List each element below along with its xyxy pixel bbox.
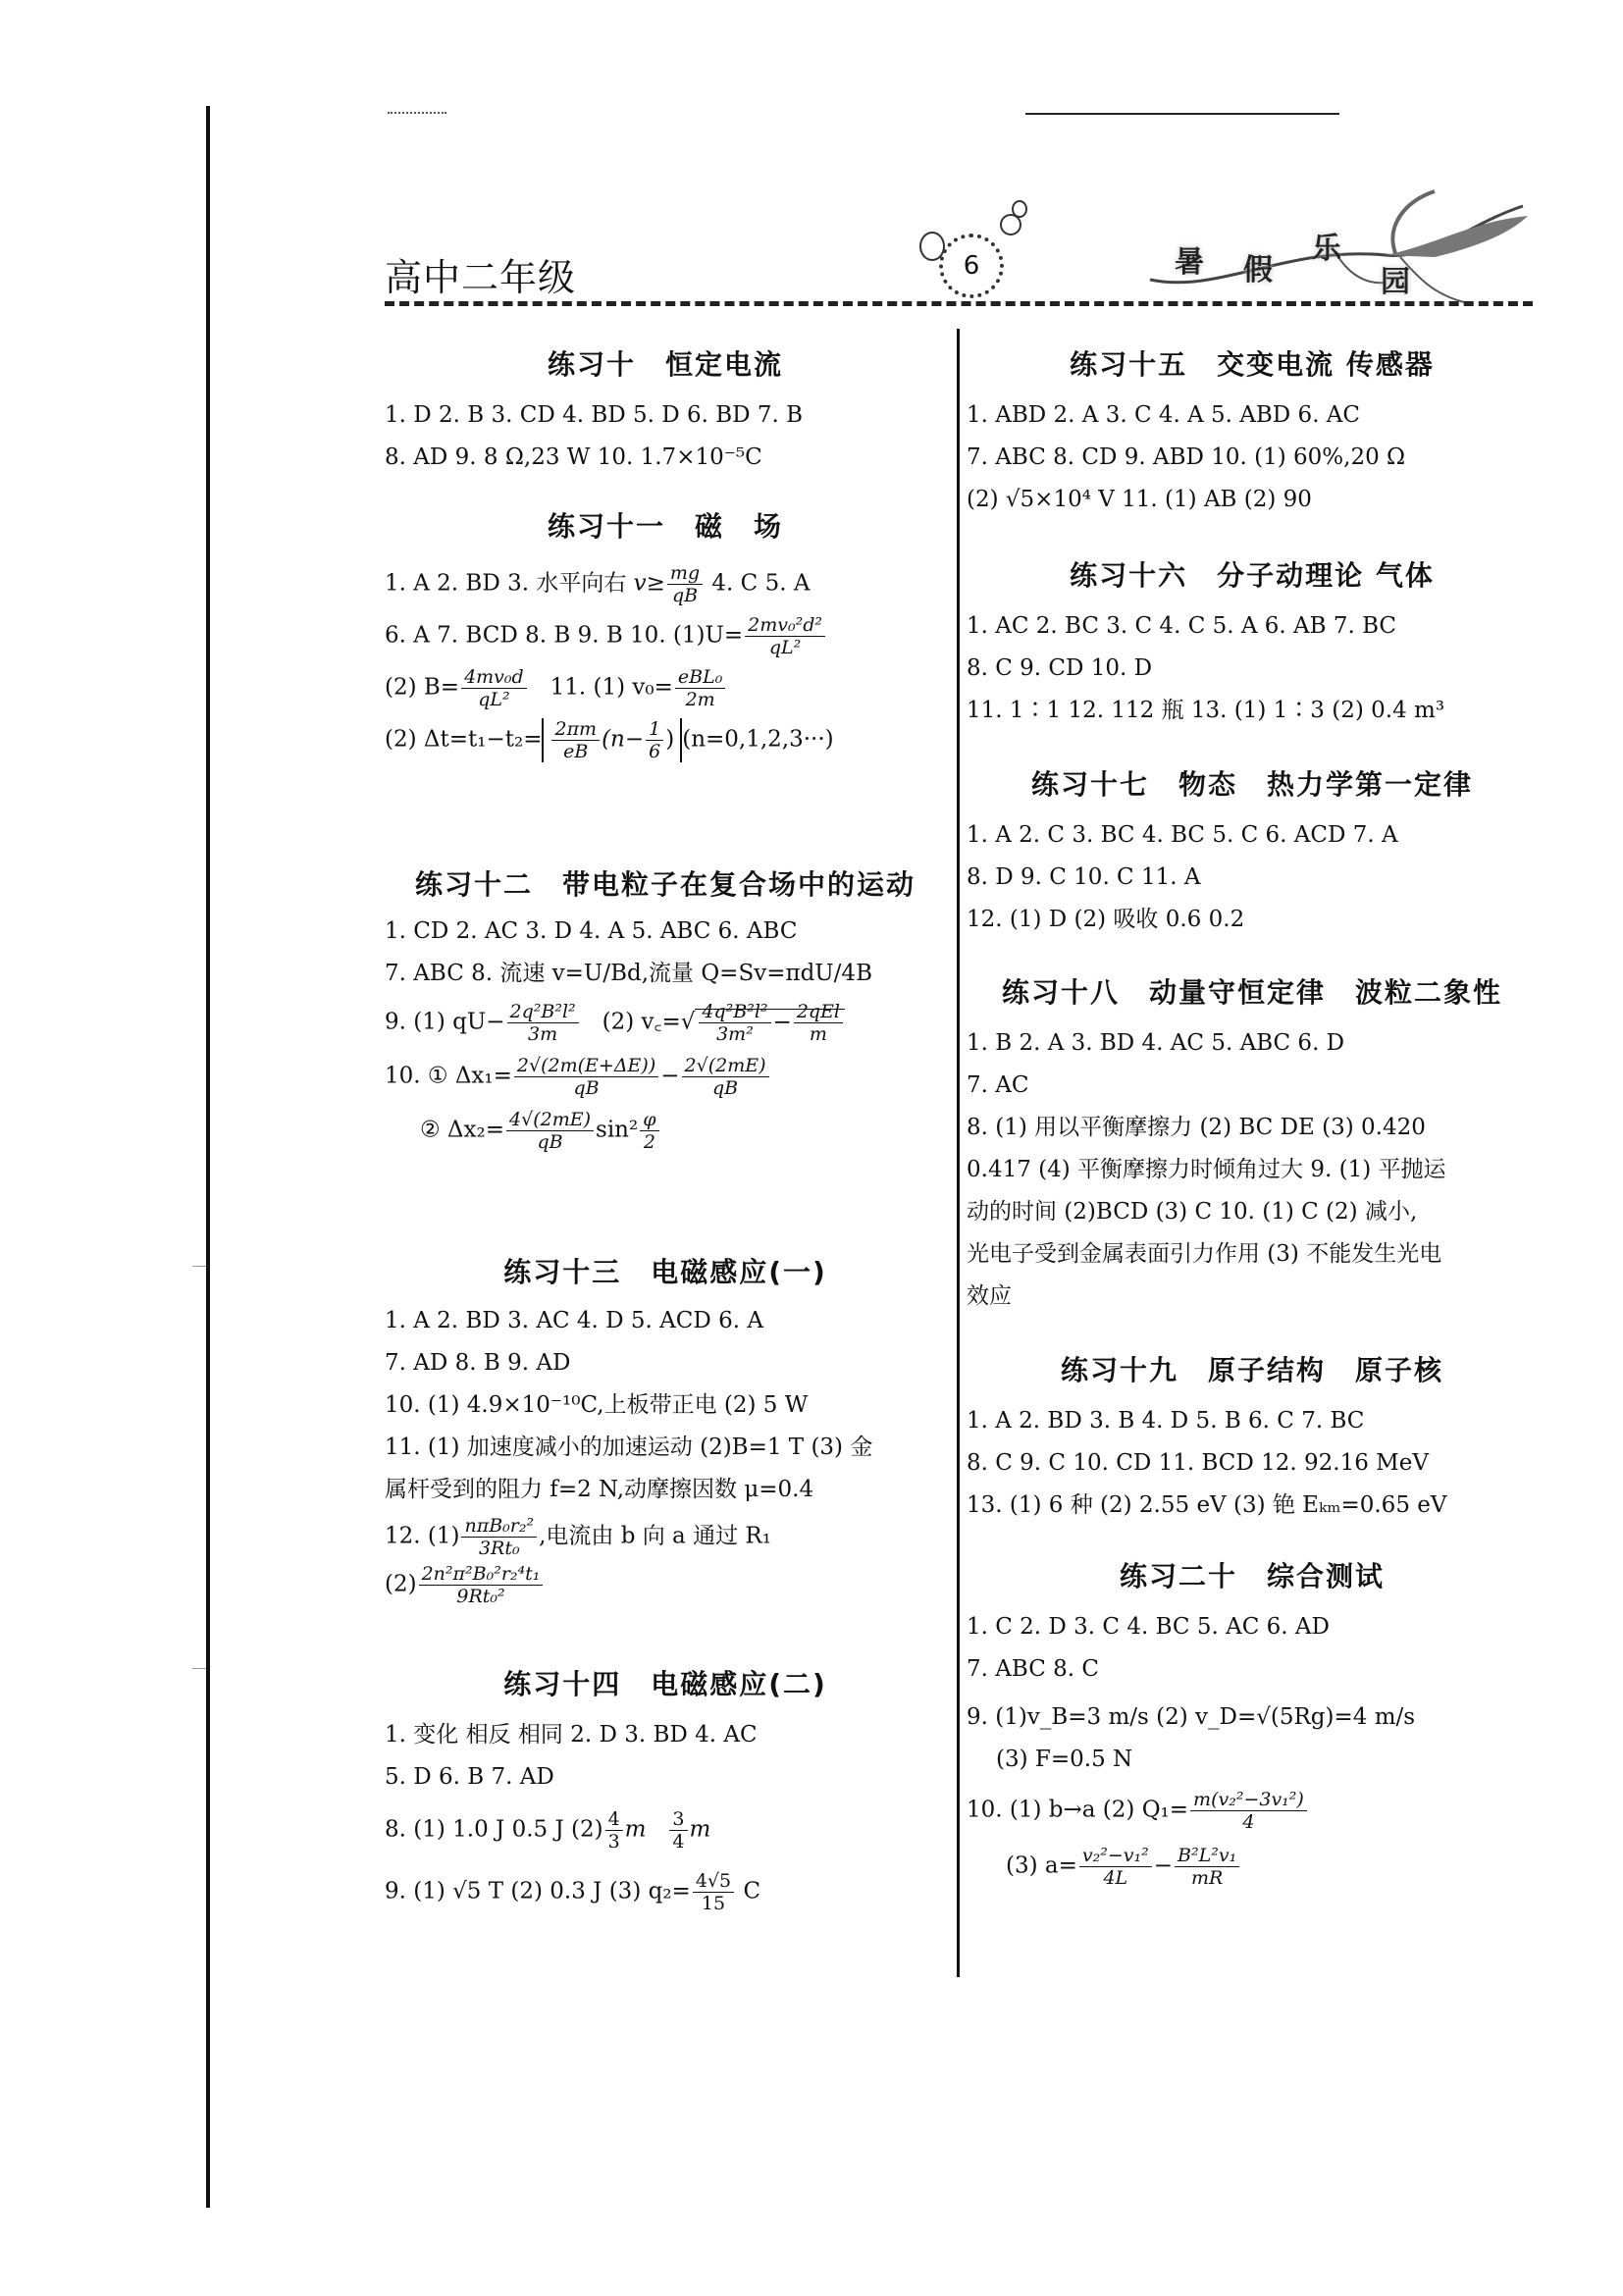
answer-text: (2) B= <box>385 675 459 701</box>
section-title: 练习十一 磁 场 <box>385 505 946 545</box>
fraction: φ2 <box>640 1109 658 1153</box>
numerator: B²L²v₁ <box>1175 1845 1239 1867</box>
answer-text: 9. (1) √5 T (2) 0.3 J (3) q₂= <box>385 1879 691 1905</box>
answer-text: (2) <box>385 1572 417 1597</box>
summer-holiday-logo: 暑 假 乐 园 <box>1140 186 1533 304</box>
answer-line: 8. (1) 1.0 J 0.5 J (2)43m 34m <box>385 1808 946 1852</box>
numerator: 4mv₀d <box>461 666 527 689</box>
fraction: 4q²B²l²3m² <box>699 1001 770 1045</box>
section-title: 练习十三 电磁感应(一) <box>385 1251 946 1290</box>
answer-line: 11. (1) 加速度减小的加速运动 (2)B=1 T (3) 金 <box>385 1427 946 1469</box>
answer-line: 1. A 2. C 3. BC 4. BC 5. C 6. ACD 7. A <box>967 814 1538 857</box>
page-number-badge: 6 <box>919 214 1037 302</box>
grade-title: 高中二年级 <box>385 247 576 301</box>
answer-line: 10. (1) b→a (2) Q₁=m(v₂²−3v₁²)4 <box>967 1789 1538 1833</box>
denominator: qB <box>709 1077 741 1099</box>
denominator: m <box>807 1023 830 1045</box>
fraction: 43 <box>605 1808 623 1852</box>
denominator: 4 <box>669 1831 687 1852</box>
page-number: 6 <box>939 234 1004 298</box>
answer-line: (2) Δt=t₁−t₂=2πmeB(n−16)(n=0,1,2,3···) <box>385 718 946 762</box>
answer-line: 7. ABC 8. CD 9. ABD 10. (1) 60%,20 Ω <box>967 437 1538 479</box>
denominator: eB <box>560 741 591 762</box>
answer-line: 7. ABC 8. C <box>967 1648 1538 1691</box>
answer-line: 1. A 2. BD 3. 水平向右 v≥mgqB 4. C 5. A <box>385 562 946 606</box>
denominator: 4 <box>1239 1811 1257 1833</box>
denominator: 9Rt₀² <box>453 1586 507 1607</box>
numerator: 2mv₀²d² <box>745 614 825 637</box>
numerator: 2q²B²l² <box>507 1001 579 1023</box>
section-17: 练习十七 物态 热力学第一定律 1. A 2. C 3. BC 4. BC 5.… <box>967 763 1538 941</box>
fraction: 2√(2m(E+ΔE))qB <box>514 1055 658 1099</box>
denominator: 2 <box>641 1131 658 1153</box>
answer-text: 4. C 5. A <box>711 571 810 597</box>
answer-line: 1. C 2. D 3. C 4. BC 5. AC 6. AD <box>967 1606 1538 1648</box>
answer-line: 10. ① Δx₁=2√(2m(E+ΔE))qB−2√(2mE)qB <box>385 1055 946 1099</box>
answer-line: 9. (1)v_B=3 m/s (2) v_D=√(5Rg)=4 m/s <box>967 1696 1538 1739</box>
section-title: 练习十五 交变电流 传感器 <box>967 343 1538 383</box>
logo-char: 园 <box>1381 257 1410 300</box>
answer-line: 1. A 2. BD 3. B 4. D 5. B 6. C 7. BC <box>967 1400 1538 1442</box>
numerator: 2√(2mE) <box>682 1055 769 1077</box>
section-14: 练习十四 电磁感应(二) 1. 变化 相反 相同 2. D 3. BD 4. A… <box>385 1663 946 1914</box>
numerator: φ <box>640 1109 658 1131</box>
fraction: eBL₀2m <box>675 666 725 710</box>
fraction: 16 <box>646 718 663 762</box>
answer-text: 1. A 2. BD 3. 水平向右 <box>385 571 626 597</box>
formula-text: − <box>773 1010 792 1035</box>
numerator: 2√(2m(E+ΔE)) <box>514 1055 658 1077</box>
answer-line: 12. (1) D (2) 吸收 0.6 0.2 <box>967 899 1538 941</box>
section-title: 练习十七 物态 热力学第一定律 <box>967 763 1538 803</box>
section-15: 练习十五 交变电流 传感器 1. ABD 2. A 3. C 4. A 5. A… <box>967 343 1538 521</box>
numerator: 4√(2mE) <box>506 1109 594 1131</box>
denominator: qL² <box>766 637 804 658</box>
answer-text: ② Δx₂= <box>420 1118 504 1143</box>
formula-text: (n− <box>602 727 644 753</box>
formula-text: m <box>625 1817 647 1843</box>
numerator: m(v₂²−3v₁²) <box>1190 1789 1307 1811</box>
numerator: 4√5 <box>693 1870 734 1893</box>
formula-text: sin² <box>596 1118 638 1143</box>
binding-tick <box>192 1668 206 1669</box>
formula-text: m <box>690 1817 711 1843</box>
answer-line: 8. D 9. C 10. C 11. A <box>967 857 1538 899</box>
top-scan-line <box>1025 113 1339 115</box>
square-root: 4q²B²l²3m²−2qElm <box>695 1009 845 1035</box>
fraction: 2n²π²B₀²r₂⁴t₁9Rt₀² <box>419 1563 544 1607</box>
answer-text: (n=0,1,2,3···) <box>682 727 833 753</box>
answer-line: 1. ABD 2. A 3. C 4. A 5. ABD 6. AC <box>967 394 1538 437</box>
section-title: 练习十九 原子结构 原子核 <box>967 1349 1538 1388</box>
answer-line: 10. (1) 4.9×10⁻¹⁰C,上板带正电 (2) 5 W <box>385 1384 946 1427</box>
fraction: 4√(2mE)qB <box>506 1109 594 1153</box>
numerator: eBL₀ <box>675 666 725 689</box>
section-20: 练习二十 综合测试 1. C 2. D 3. C 4. BC 5. AC 6. … <box>967 1555 1538 1889</box>
fraction: 2mv₀²d²qL² <box>745 614 825 658</box>
answer-line: (2) √5×10⁴ V 11. (1) AB (2) 90 <box>967 479 1538 521</box>
numerator: 2qEl <box>794 1001 843 1023</box>
binding-tick <box>192 1266 206 1267</box>
answer-text: (3) a= <box>1006 1853 1077 1879</box>
denominator: 3 <box>605 1831 623 1852</box>
answer-line: 1. 变化 相反 相同 2. D 3. BD 4. AC <box>385 1714 946 1756</box>
top-scan-dots <box>388 112 446 116</box>
section-title: 练习十八 动量守恒定律 波粒二象性 <box>967 971 1538 1011</box>
answer-line: 7. AD 8. B 9. AD <box>385 1342 946 1384</box>
answer-text: 8. (1) 1.0 J 0.5 J (2) <box>385 1817 603 1843</box>
section-19: 练习十九 原子结构 原子核 1. A 2. BD 3. B 4. D 5. B … <box>967 1349 1538 1527</box>
answer-line: 13. (1) 6 种 (2) 2.55 eV (3) 铯 Eₖₘ=0.65 e… <box>967 1485 1538 1527</box>
numerator: 4q²B²l² <box>699 1001 770 1023</box>
answer-line: (2) B=4mv₀dqL² 11. (1) v₀=eBL₀2m <box>385 666 946 710</box>
denominator: 15 <box>699 1893 728 1914</box>
formula-text: − <box>1154 1853 1173 1879</box>
section-12: 练习十二 带电粒子在复合场中的运动 1. CD 2. AC 3. D 4. A … <box>385 863 946 1153</box>
answer-line: 7. AC <box>967 1065 1538 1107</box>
formula-text: − <box>660 1064 679 1089</box>
answer-line: 9. (1) √5 T (2) 0.3 J (3) q₂=4√515 C <box>385 1870 946 1914</box>
fraction: mgqB <box>667 562 703 606</box>
numerator: nπB₀r₂² <box>461 1515 537 1538</box>
fraction: B²L²v₁mR <box>1175 1845 1239 1889</box>
fraction: 2qElm <box>794 1001 843 1045</box>
answer-line: 8. (1) 用以平衡摩擦力 (2) BC DE (3) 0.420 <box>967 1107 1538 1149</box>
denominator: 2m <box>683 689 718 710</box>
answer-line: 属杆受到的阻力 f=2 N,动摩擦因数 μ=0.4 <box>385 1469 946 1511</box>
fraction: 4√515 <box>693 1870 734 1914</box>
section-title: 练习十四 电磁感应(二) <box>385 1663 946 1702</box>
fraction: 4mv₀dqL² <box>461 666 527 710</box>
answer-text: 11. (1) v₀= <box>550 675 673 701</box>
fraction: 2πmeB <box>551 718 600 762</box>
answer-line: 1. A 2. BD 3. AC 4. D 5. ACD 6. A <box>385 1300 946 1342</box>
answer-line: 光电子受到金属表面引力作用 (3) 不能发生光电 <box>967 1233 1538 1276</box>
numerator: v₂²−v₁² <box>1079 1845 1152 1867</box>
section-18: 练习十八 动量守恒定律 波粒二象性 1. B 2. A 3. BD 4. AC … <box>967 971 1538 1318</box>
answer-line: 动的时间 (2)BCD (3) C 10. (1) C (2) 减小, <box>967 1191 1538 1233</box>
answer-line: 7. ABC 8. 流速 v=U/Bd,流量 Q=Sv=πdU/4B <box>385 953 946 995</box>
fraction: m(v₂²−3v₁²)4 <box>1190 1789 1307 1833</box>
fraction: 34 <box>669 1808 687 1852</box>
formula-text: v≥ <box>634 571 665 597</box>
answer-line: 1. AC 2. BC 3. C 4. C 5. A 6. AB 7. BC <box>967 605 1538 648</box>
answer-text: 10. (1) b→a (2) Q₁= <box>967 1798 1188 1823</box>
denominator: qB <box>571 1077 602 1099</box>
denominator: qB <box>534 1131 565 1153</box>
answer-line: 1. D 2. B 3. CD 4. BD 5. D 6. BD 7. B <box>385 394 946 437</box>
logo-char: 假 <box>1243 245 1273 288</box>
answer-line: 8. C 9. C 10. CD 11. BCD 12. 92.16 MeV <box>967 1442 1538 1485</box>
answer-line: 9. (1) qU−2q²B²l²3m (2) v꜀=√4q²B²l²3m²−2… <box>385 1001 946 1045</box>
denominator: 3m <box>525 1023 560 1045</box>
denominator: qL² <box>475 689 512 710</box>
header-dashed-rule <box>385 301 1533 306</box>
answer-line: (3) F=0.5 N <box>967 1739 1538 1781</box>
formula-text: ) <box>665 727 674 753</box>
fraction: nπB₀r₂²3Rt₀ <box>461 1515 537 1559</box>
answer-line: 5. D 6. B 7. AD <box>385 1756 946 1799</box>
section-title: 练习十二 带电粒子在复合场中的运动 <box>385 863 946 903</box>
numerator: 2πm <box>551 718 600 741</box>
answer-text: ,电流由 b 向 a 通过 R₁ <box>539 1524 771 1549</box>
bubble-icon <box>1012 200 1027 218</box>
logo-char: 乐 <box>1312 224 1341 267</box>
answer-line: 1. B 2. A 3. BD 4. AC 5. ABC 6. D <box>967 1022 1538 1065</box>
denominator: 3m² <box>713 1023 757 1045</box>
answer-text: (2) v꜀= <box>602 1010 681 1035</box>
section-16: 练习十六 分子动理论 气体 1. AC 2. BC 3. C 4. C 5. A… <box>967 554 1538 732</box>
column-divider <box>957 329 960 1977</box>
page-header: 高中二年级 6 暑 假 乐 园 <box>385 235 1533 309</box>
answer-text: 12. (1) <box>385 1524 459 1549</box>
answer-text: (2) Δt=t₁−t₂= <box>385 727 542 753</box>
answer-line: (2)2n²π²B₀²r₂⁴t₁9Rt₀² <box>385 1563 946 1607</box>
numerator: 2n²π²B₀²r₂⁴t₁ <box>419 1563 544 1586</box>
answer-line: 8. C 9. CD 10. D <box>967 648 1538 690</box>
section-11: 练习十一 磁 场 1. A 2. BD 3. 水平向右 v≥mgqB 4. C … <box>385 505 946 762</box>
section-title: 练习二十 综合测试 <box>967 1555 1538 1594</box>
numerator: 4 <box>605 1808 623 1831</box>
section-title: 练习十六 分子动理论 气体 <box>967 554 1538 594</box>
answer-line: ② Δx₂=4√(2mE)qBsin²φ2 <box>385 1109 946 1153</box>
answer-text: 6. A 7. BCD 8. B 9. B 10. (1)U= <box>385 623 743 649</box>
answer-text: C <box>743 1879 760 1905</box>
answer-text: 10. ① Δx₁= <box>385 1064 512 1089</box>
fraction: v₂²−v₁²4L <box>1079 1845 1152 1889</box>
section-title: 练习十 恒定电流 <box>385 343 946 383</box>
section-13: 练习十三 电磁感应(一) 1. A 2. BD 3. AC 4. D 5. AC… <box>385 1251 946 1607</box>
logo-char: 暑 <box>1175 237 1204 281</box>
denominator: 4L <box>1100 1867 1130 1889</box>
denominator: 6 <box>646 741 663 762</box>
answer-line: 效应 <box>967 1276 1538 1318</box>
denominator: mR <box>1188 1867 1226 1889</box>
answer-line: 1. CD 2. AC 3. D 4. A 5. ABC 6. ABC <box>385 911 946 953</box>
answer-line: (3) a=v₂²−v₁²4L−B²L²v₁mR <box>967 1845 1538 1889</box>
fraction: 2q²B²l²3m <box>507 1001 579 1045</box>
denominator: 3Rt₀ <box>476 1538 523 1559</box>
answer-line: 0.417 (4) 平衡摩擦力时倾角过大 9. (1) 平抛运 <box>967 1149 1538 1191</box>
answer-line: 6. A 7. BCD 8. B 9. B 10. (1)U=2mv₀²d²qL… <box>385 614 946 658</box>
answer-line: 12. (1)nπB₀r₂²3Rt₀,电流由 b 向 a 通过 R₁ <box>385 1515 946 1559</box>
section-10: 练习十 恒定电流 1. D 2. B 3. CD 4. BD 5. D 6. B… <box>385 343 946 479</box>
absolute-value: 2πmeB(n−16) <box>542 718 682 762</box>
answer-line: 8. AD 9. 8 Ω,23 W 10. 1.7×10⁻⁵C <box>385 437 946 479</box>
numerator: 1 <box>646 718 663 741</box>
denominator: qB <box>669 585 701 606</box>
numerator: 3 <box>669 1808 687 1831</box>
answer-line: 11. 1∶1 12. 112 瓶 13. (1) 1∶3 (2) 0.4 m³ <box>967 690 1538 732</box>
fraction: 2√(2mE)qB <box>682 1055 769 1099</box>
numerator: mg <box>667 562 703 585</box>
answer-text: 9. (1) qU− <box>385 1010 505 1035</box>
binding-edge-line <box>206 106 210 2208</box>
